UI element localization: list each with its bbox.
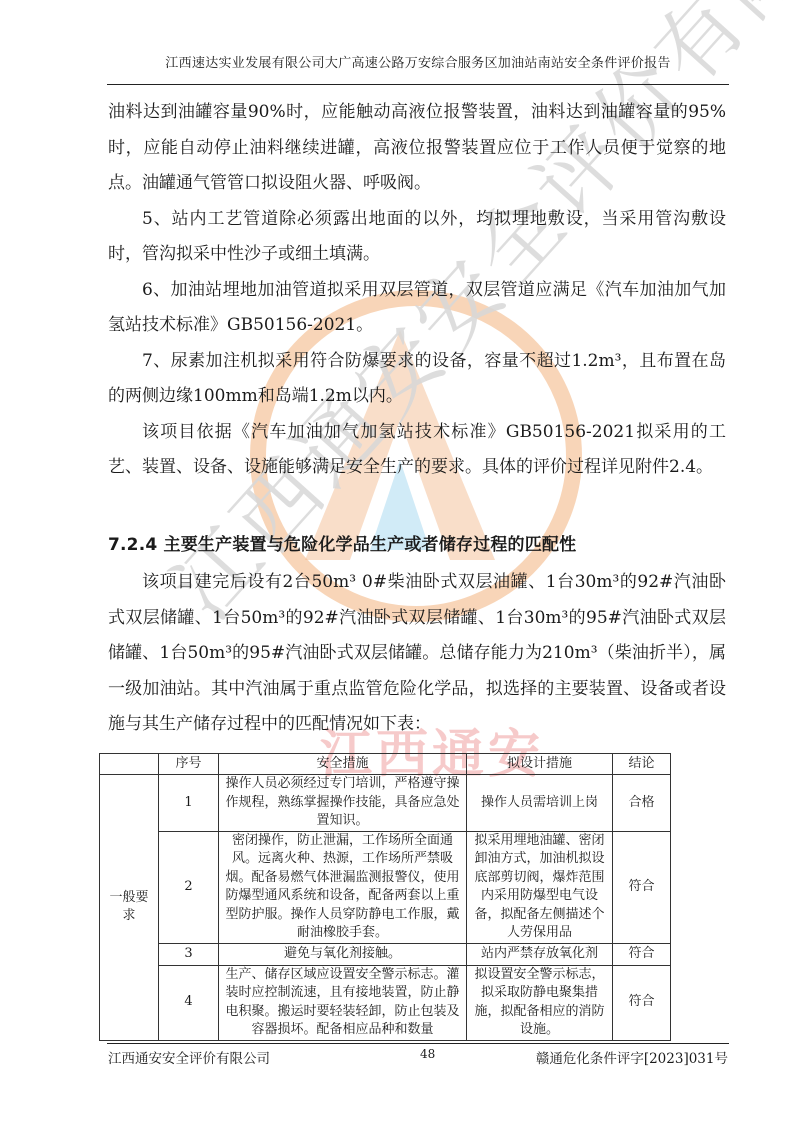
- table-row: 一般要求 1 操作人员必须经过专门培训，严格遵守操作规程，熟练掌握操作技能，具备…: [100, 775, 671, 832]
- row-number: 4: [159, 965, 219, 1040]
- document-page: 江西通安安全评价有限公司 江西通安 江西速达实业发展有限公司大广高速公路万安综合…: [0, 0, 800, 1131]
- matching-table: 序号 安全措施 拟设计措施 结论 一般要求 1 操作人员必须经过专门培训，严格遵…: [99, 753, 671, 1041]
- footer-company: 江西通安安全评价有限公司: [108, 1047, 270, 1067]
- row-number: 3: [159, 943, 219, 965]
- category-cell: 一般要求: [100, 775, 159, 1041]
- safety-measure-cell: 生产、储存区域应设置安全警示标志。灌装时应控制流速，且有接地装置，防止静电积聚。…: [219, 965, 467, 1040]
- row-number: 2: [159, 831, 219, 943]
- paragraph-item-6: 6、加油站埋地加油管道拟采用双层管道，双层管道应满足《汽车加油加气加氢站技术标准…: [108, 273, 726, 344]
- table-header-row: 序号 安全措施 拟设计措施 结论: [100, 754, 671, 775]
- table-row: 2 密闭操作，防止泄漏，工作场所全面通风。远离火种、热源，工作场所严禁吸烟。配备…: [100, 831, 671, 943]
- paragraph-tank-alarm: 油料达到油罐容量90%时，应能触动高液位报警装置，油料达到油罐容量的95%时，应…: [108, 95, 726, 202]
- conclusion-cell: 符合: [613, 831, 671, 943]
- column-header-safety-measure: 安全措施: [219, 754, 467, 775]
- safety-measure-cell: 密闭操作，防止泄漏，工作场所全面通风。远离火种、热源，工作场所严禁吸烟。配备易燃…: [219, 831, 467, 943]
- conclusion-cell: 符合: [613, 965, 671, 1040]
- body-text-block: 油料达到油罐容量90%时，应能触动高液位报警装置，油料达到油罐容量的95%时，应…: [108, 95, 726, 486]
- column-header-conclusion: 结论: [613, 754, 671, 775]
- footer-divider: [107, 1043, 729, 1044]
- table-row: 4 生产、储存区域应设置安全警示标志。灌装时应控制流速，且有接地装置，防止静电积…: [100, 965, 671, 1040]
- paragraph-conclusion: 该项目依据《汽车加油加气加氢站技术标准》GB50156-2021拟采用的工艺、装…: [108, 415, 726, 486]
- paragraph-item-7: 7、尿素加注机拟采用符合防爆要求的设备，容量不超过1.2m³，且布置在岛的两侧边…: [108, 344, 726, 415]
- footer-document-number: 赣通危化条件评字[2023]031号: [536, 1047, 728, 1067]
- paragraph-tank-inventory: 该项目建完后设有2台50m³ 0#柴油卧式双层油罐、1台30m³的92#汽油卧式…: [108, 565, 726, 743]
- design-measure-cell: 站内严禁存放氧化剂: [467, 943, 613, 965]
- safety-measure-cell: 避免与氧化剂接触。: [219, 943, 467, 965]
- design-measure-cell: 拟采用埋地油罐、密闭卸油方式，加油机拟设底部剪切阀，爆炸范围内采用防爆型电气设备…: [467, 831, 613, 943]
- design-measure-cell: 操作人员需培训上岗: [467, 775, 613, 832]
- design-measure-cell: 拟设置安全警示标志，拟采取防静电聚集措施，拟配备相应的消防设施。: [467, 965, 613, 1040]
- column-header-category: [100, 754, 159, 775]
- column-header-number: 序号: [159, 754, 219, 775]
- section-text-block: 该项目建完后设有2台50m³ 0#柴油卧式双层油罐、1台30m³的92#汽油卧式…: [108, 565, 726, 743]
- table-row: 3 避免与氧化剂接触。 站内严禁存放氧化剂 符合: [100, 943, 671, 965]
- column-header-design-measure: 拟设计措施: [467, 754, 613, 775]
- section-heading: 7.2.4 主要生产装置与危险化学品生产或者储存过程的匹配性: [108, 530, 576, 555]
- conclusion-cell: 合格: [613, 775, 671, 832]
- safety-measure-cell: 操作人员必须经过专门培训，严格遵守操作规程，熟练掌握操作技能，具备应急处置知识。: [219, 775, 467, 832]
- paragraph-item-5: 5、站内工艺管道除必须露出地面的以外，均拟埋地敷设，当采用管沟敷设时，管沟拟采中…: [108, 202, 726, 273]
- row-number: 1: [159, 775, 219, 832]
- conclusion-cell: 符合: [613, 943, 671, 965]
- running-header: 江西速达实业发展有限公司大广高速公路万安综合服务区加油站南站安全条件评价报告: [108, 52, 728, 71]
- page-number: 48: [420, 1047, 435, 1061]
- header-divider: [107, 84, 729, 85]
